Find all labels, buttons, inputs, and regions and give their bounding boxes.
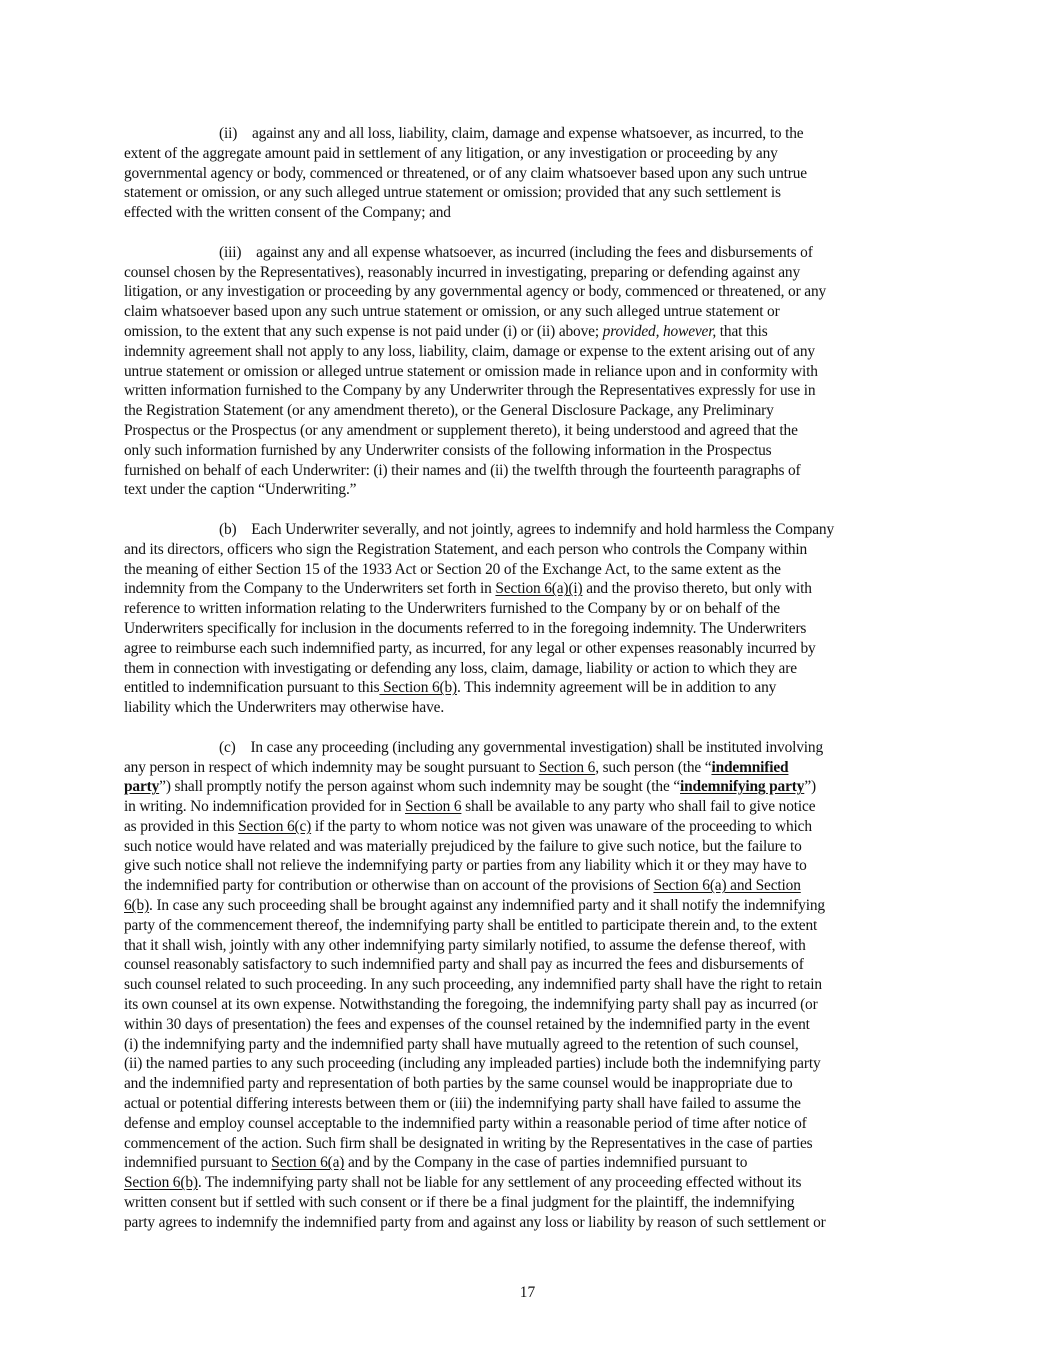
page-number: 17 xyxy=(0,1284,1055,1302)
text-line: the meaning of either Section 15 of the … xyxy=(124,560,936,580)
text-line: within 30 days of presentation) the fees… xyxy=(124,1015,936,1035)
text-line: claim whatsoever based upon any such unt… xyxy=(124,302,936,322)
text-line: liability which the Underwriters may oth… xyxy=(124,698,936,718)
section-ref-link[interactable]: Section 6 xyxy=(405,798,461,815)
text-line: text under the caption “Underwriting.” xyxy=(124,480,936,500)
item-label: (b) xyxy=(219,521,237,538)
text-line: counsel reasonably satisfactory to such … xyxy=(124,955,936,975)
section-ref-link[interactable]: Section 6(b) xyxy=(379,679,457,696)
section-ref-link[interactable]: 6(b) xyxy=(124,897,149,914)
text-line: and the indemnified party and representa… xyxy=(124,1074,936,1094)
text-line: (ii) the named parties to any such proce… xyxy=(124,1054,936,1074)
text-line: untrue statement or omission or alleged … xyxy=(124,362,936,382)
text-line: governmental agency or body, commenced o… xyxy=(124,164,936,184)
section-ref-link[interactable]: Section 6(a)(i) xyxy=(495,580,582,597)
text-line: its own counsel at its own expense. Notw… xyxy=(124,995,936,1015)
text-line: party agrees to indemnify the indemnifie… xyxy=(124,1213,936,1233)
text-line: and its directors, officers who sign the… xyxy=(124,540,936,560)
text-line: against any and all loss, liability, cla… xyxy=(252,125,803,142)
item-label: (ii) xyxy=(219,125,237,142)
defined-term: party xyxy=(124,778,159,795)
text-line: such notice would have related and was m… xyxy=(124,837,936,857)
document-page: (ii) against any and all loss, liability… xyxy=(124,124,936,1252)
text-line: written information furnished to the Com… xyxy=(124,381,936,401)
text-line: Prospectus or the Prospectus (or any ame… xyxy=(124,421,936,441)
text-line: against any and all expense whatsoever, … xyxy=(256,244,813,261)
text-line: actual or potential differing interests … xyxy=(124,1094,936,1114)
defined-term: indemnifying party xyxy=(680,778,804,795)
text-line: effected with the written consent of the… xyxy=(124,203,936,223)
paragraph-b: (b) Each Underwriter severally, and not … xyxy=(124,520,936,718)
section-ref-link[interactable]: Section 6(c) xyxy=(238,818,311,835)
defined-term: indemnified xyxy=(711,759,788,776)
text-line: In case any proceeding (including any go… xyxy=(250,739,823,756)
text-line: written consent but if settled with such… xyxy=(124,1193,936,1213)
section-ref-link[interactable]: Section 6(a) and Section xyxy=(653,877,800,894)
item-label: (c) xyxy=(219,739,236,756)
text-line: give such notice shall not relieve the i… xyxy=(124,856,936,876)
section-ref-link[interactable]: Section 6(a) xyxy=(271,1154,344,1171)
section-ref-link[interactable]: Section 6 xyxy=(539,759,595,776)
text-line: (i) the indemnifying party and the indem… xyxy=(124,1035,936,1055)
text-line: indemnity agreement shall not apply to a… xyxy=(124,342,936,362)
text-line: reference to written information relatin… xyxy=(124,599,936,619)
paragraph-c: (c) In case any proceeding (including an… xyxy=(124,738,936,1233)
text-line: agree to reimburse each such indemnified… xyxy=(124,639,936,659)
text-line: them in connection with investigating or… xyxy=(124,659,936,679)
proviso-italic: provided, however, xyxy=(603,323,716,340)
text-line: extent of the aggregate amount paid in s… xyxy=(124,144,936,164)
text-line: party of the commencement thereof, the i… xyxy=(124,916,936,936)
text-line: only such information furnished by any U… xyxy=(124,441,936,461)
text-line: Underwriters specifically for inclusion … xyxy=(124,619,936,639)
text-line: Each Underwriter severally, and not join… xyxy=(251,521,834,538)
text-line: litigation, or any investigation or proc… xyxy=(124,282,936,302)
text-line: statement or omission, or any such alleg… xyxy=(124,183,936,203)
text-line: the Registration Statement (or any amend… xyxy=(124,401,936,421)
text-line: that it shall wish, jointly with any oth… xyxy=(124,936,936,956)
item-label: (iii) xyxy=(219,244,241,261)
paragraph-a-ii: (ii) against any and all loss, liability… xyxy=(124,124,936,223)
text-line: such counsel related to such proceeding.… xyxy=(124,975,936,995)
text-line: commencement of the action. Such firm sh… xyxy=(124,1134,936,1154)
text-line: counsel chosen by the Representatives), … xyxy=(124,263,936,283)
text-line: defense and employ counsel acceptable to… xyxy=(124,1114,936,1134)
text-line: furnished on behalf of each Underwriter:… xyxy=(124,461,936,481)
section-ref-link[interactable]: Section 6(b) xyxy=(124,1174,198,1191)
paragraph-a-iii: (iii) against any and all expense whatso… xyxy=(124,243,936,500)
